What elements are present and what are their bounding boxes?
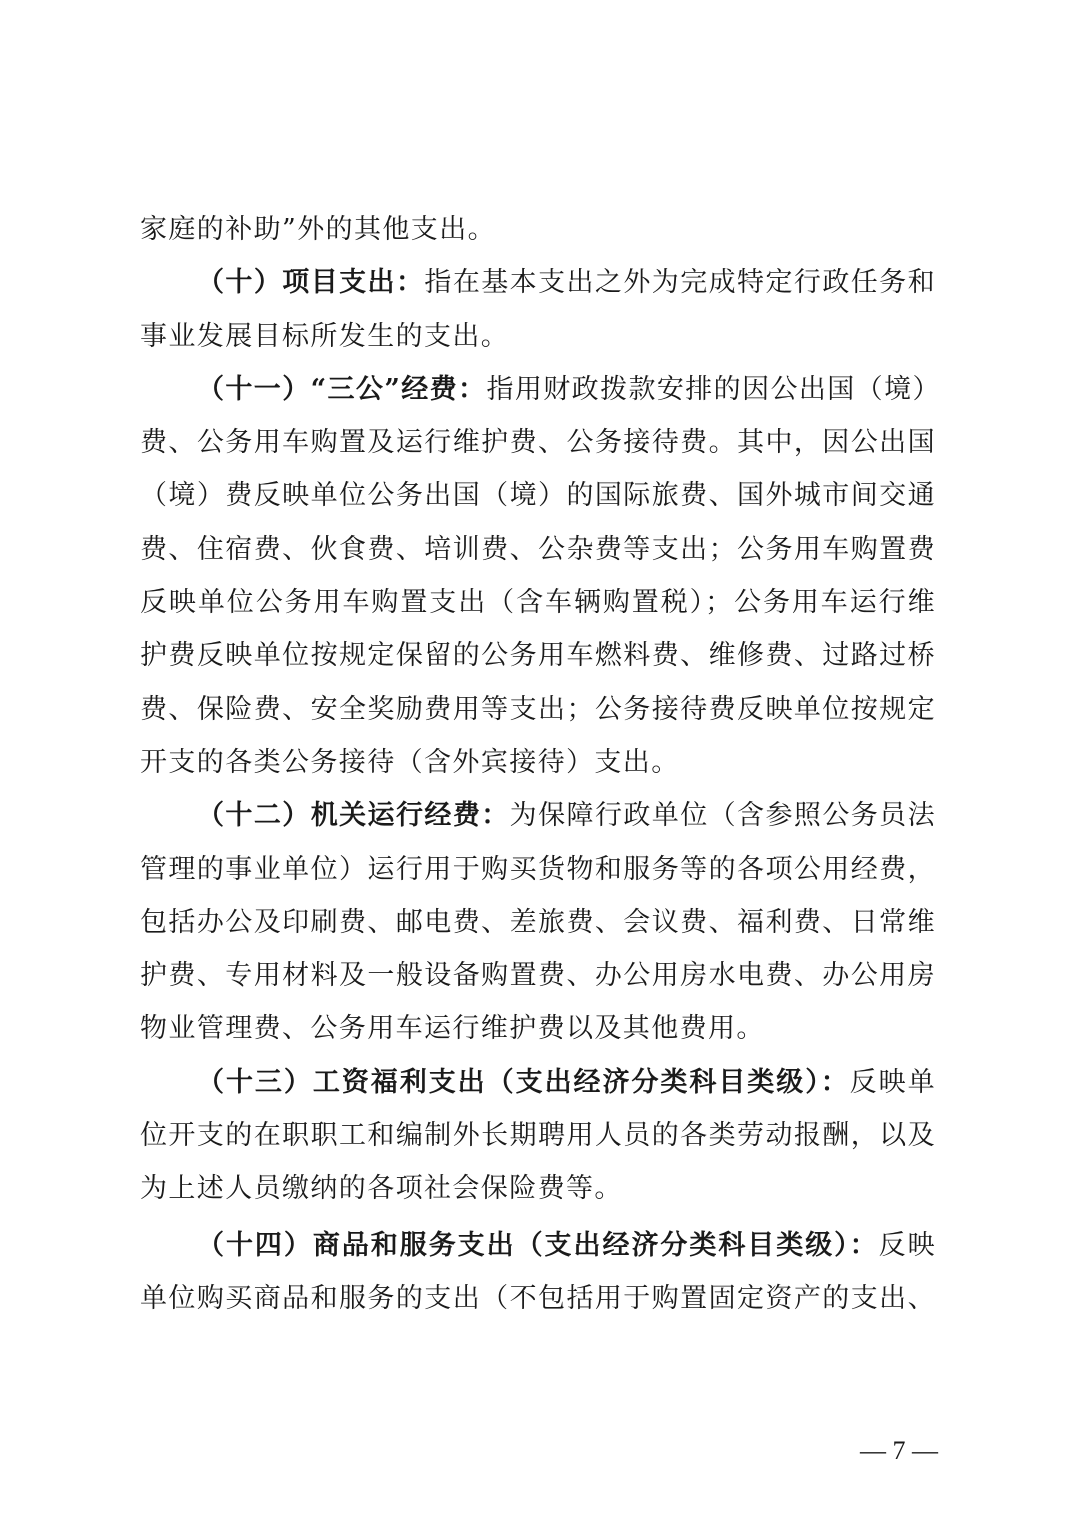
term-label: （十）项目支出： bbox=[197, 267, 424, 298]
text-line: 管理的事业单位）运行用于购买货物和服务等的各项公用经费， bbox=[140, 843, 936, 896]
text-line: 为上述人员缴纳的各项社会保险费等。 bbox=[140, 1162, 936, 1215]
text-line: 费、住宿费、伙食费、培训费、公杂费等支出；公务用车购置费 bbox=[140, 523, 936, 576]
text-line: （境）费反映单位公务出国（境）的国际旅费、国外城市间交通 bbox=[140, 469, 936, 522]
paragraph-heading-10: （十）项目支出：指在基本支出之外为完成特定行政任务和 bbox=[140, 256, 936, 309]
paragraph-heading-11: （十一）“三公”经费：指用财政拨款安排的因公出国（境） bbox=[140, 363, 936, 416]
term-label: （十二）机关运行经费： bbox=[197, 800, 510, 831]
term-label: （十三）工资福利支出（支出经济分类科目类级）： bbox=[197, 1067, 850, 1098]
text-line: 费、公务用车购置及运行维护费、公务接待费。其中，因公出国 bbox=[140, 416, 936, 469]
text-line: 包括办公及印刷费、邮电费、差旅费、会议费、福利费、日常维 bbox=[140, 896, 936, 949]
text-line: 费、保险费、安全奖励费用等支出；公务接待费反映单位按规定 bbox=[140, 683, 936, 736]
term-label: （十四）商品和服务支出（支出经济分类科目类级）： bbox=[197, 1230, 879, 1261]
paragraph-heading-12: （十二）机关运行经费：为保障行政单位（含参照公务员法 bbox=[140, 789, 936, 842]
text-line: 护费、专用材料及一般设备购置费、办公用房水电费、办公用房 bbox=[140, 949, 936, 1002]
text-line: 家庭的补助”外的其他支出。 bbox=[140, 203, 936, 256]
paragraph-heading-14: （十四）商品和服务支出（支出经济分类科目类级）：反映 bbox=[140, 1219, 936, 1272]
text-line: 护费反映单位按规定保留的公务用车燃料费、维修费、过路过桥 bbox=[140, 629, 936, 682]
page-number: — 7 — bbox=[860, 1436, 938, 1466]
text-line: 单位购买商品和服务的支出（不包括用于购置固定资产的支出、 bbox=[140, 1272, 936, 1325]
text-line: 位开支的在职职工和编制外长期聘用人员的各类劳动报酬，以及 bbox=[140, 1109, 936, 1162]
text-line: 开支的各类公务接待（含外宾接待）支出。 bbox=[140, 736, 936, 789]
paragraph-heading-13: （十三）工资福利支出（支出经济分类科目类级）：反映单 bbox=[140, 1056, 936, 1109]
document-body: 家庭的补助”外的其他支出。 （十）项目支出：指在基本支出之外为完成特定行政任务和… bbox=[140, 203, 936, 1325]
term-label: （十一）“三公”经费： bbox=[197, 374, 486, 405]
text-line: 物业管理费、公务用车运行维护费以及其他费用。 bbox=[140, 1002, 936, 1055]
text-line: 事业发展目标所发生的支出。 bbox=[140, 310, 936, 363]
text-line: 反映单位公务用车购置支出（含车辆购置税）；公务用车运行维 bbox=[140, 576, 936, 629]
